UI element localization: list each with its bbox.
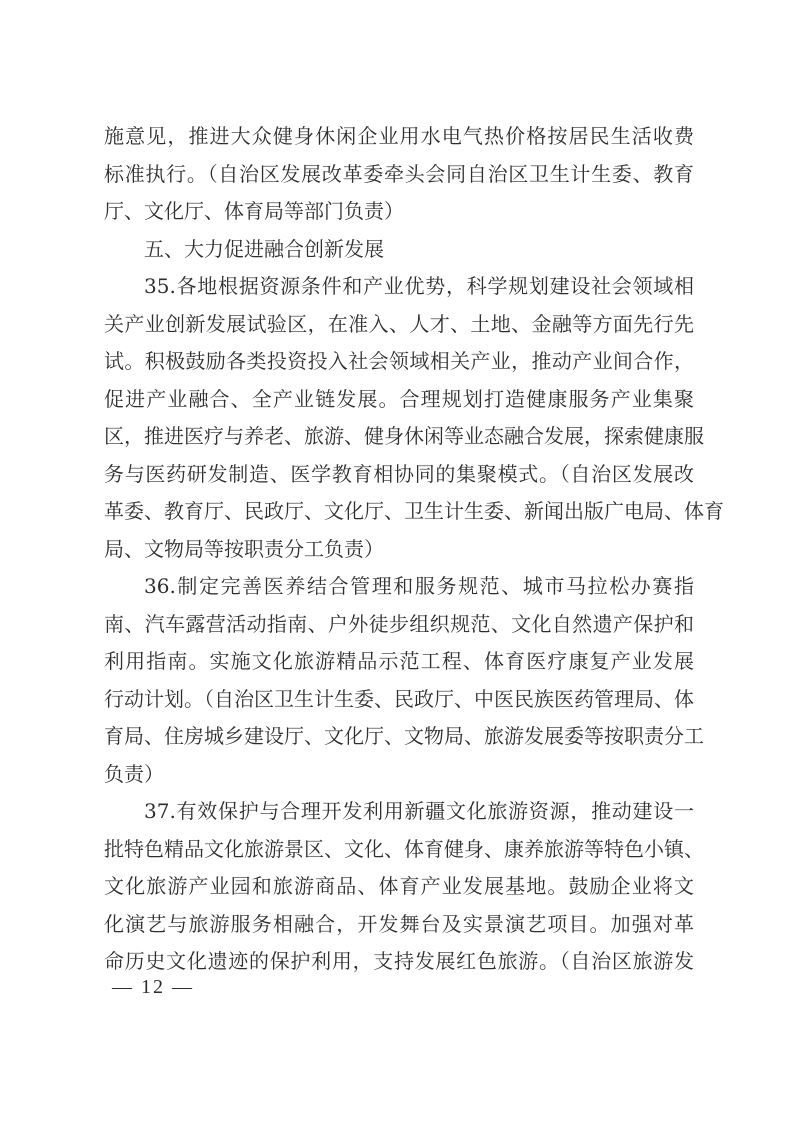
text-line: 务与医药研发制造、医学教育相协同的集聚模式。（自治区发展改 xyxy=(104,456,694,494)
text-line: 行动计划。（自治区卫生计生委、民政厅、中医民族医药管理局、体 xyxy=(104,681,694,719)
text-line: 局、文物局等按职责分工负责） xyxy=(104,531,694,569)
text-line: 区，推进医疗与养老、旅游、健身休闲等业态融合发展，探索健康服 xyxy=(104,418,694,456)
text-line: 施意见，推进大众健身休闲企业用水电气热价格按居民生活收费 xyxy=(104,118,694,156)
body-text: 施意见，推进大众健身休闲企业用水电气热价格按居民生活收费 标准执行。（自治区发展… xyxy=(104,118,694,981)
document-page: 施意见，推进大众健身休闲企业用水电气热价格按居民生活收费 标准执行。（自治区发展… xyxy=(0,0,793,1122)
paragraph-35-start: 35.各地根据资源条件和产业优势，科学规划建设社会领域相 xyxy=(104,268,694,306)
paragraph-37-start: 37.有效保护与合理开发利用新疆文化旅游资源，推动建设一 xyxy=(104,793,694,831)
text-line: 关产业创新发展试验区，在准入、人才、土地、金融等方面先行先 xyxy=(104,306,694,344)
text-line: 化演艺与旅游服务相融合，开发舞台及实景演艺项目。加强对革 xyxy=(104,906,694,944)
text-line: 革委、教育厅、民政厅、文化厅、卫生计生委、新闻出版广电局、体育 xyxy=(104,493,694,531)
text-line: 利用指南。实施文化旅游精品示范工程、体育医疗康复产业发展 xyxy=(104,643,694,681)
text-line: 促进产业融合、全产业链发展。合理规划打造健康服务产业集聚 xyxy=(104,381,694,419)
text-line: 试。积极鼓励各类投资投入社会领域相关产业，推动产业间合作， xyxy=(104,343,694,381)
page-number: — 12 — xyxy=(112,976,194,999)
text-line: 批特色精品文化旅游景区、文化、体育健身、康养旅游等特色小镇、 xyxy=(104,831,694,869)
text-line: 文化旅游产业园和旅游商品、体育产业发展基地。鼓励企业将文 xyxy=(104,868,694,906)
section-heading: 五、大力促进融合创新发展 xyxy=(104,231,694,269)
text-line: 标准执行。（自治区发展改革委牵头会同自治区卫生计生委、教育 xyxy=(104,156,694,194)
text-line: 厅、文化厅、体育局等部门负责） xyxy=(104,193,694,231)
text-line: 命历史文化遗迹的保护利用，支持发展红色旅游。（自治区旅游发 xyxy=(104,943,694,981)
text-line: 育局、住房城乡建设厅、文化厅、文物局、旅游发展委等按职责分工 xyxy=(104,718,694,756)
paragraph-36-start: 36.制定完善医养结合管理和服务规范、城市马拉松办赛指 xyxy=(104,568,694,606)
text-line: 负责） xyxy=(104,756,694,794)
text-line: 南、汽车露营活动指南、户外徒步组织规范、文化自然遗产保护和 xyxy=(104,606,694,644)
